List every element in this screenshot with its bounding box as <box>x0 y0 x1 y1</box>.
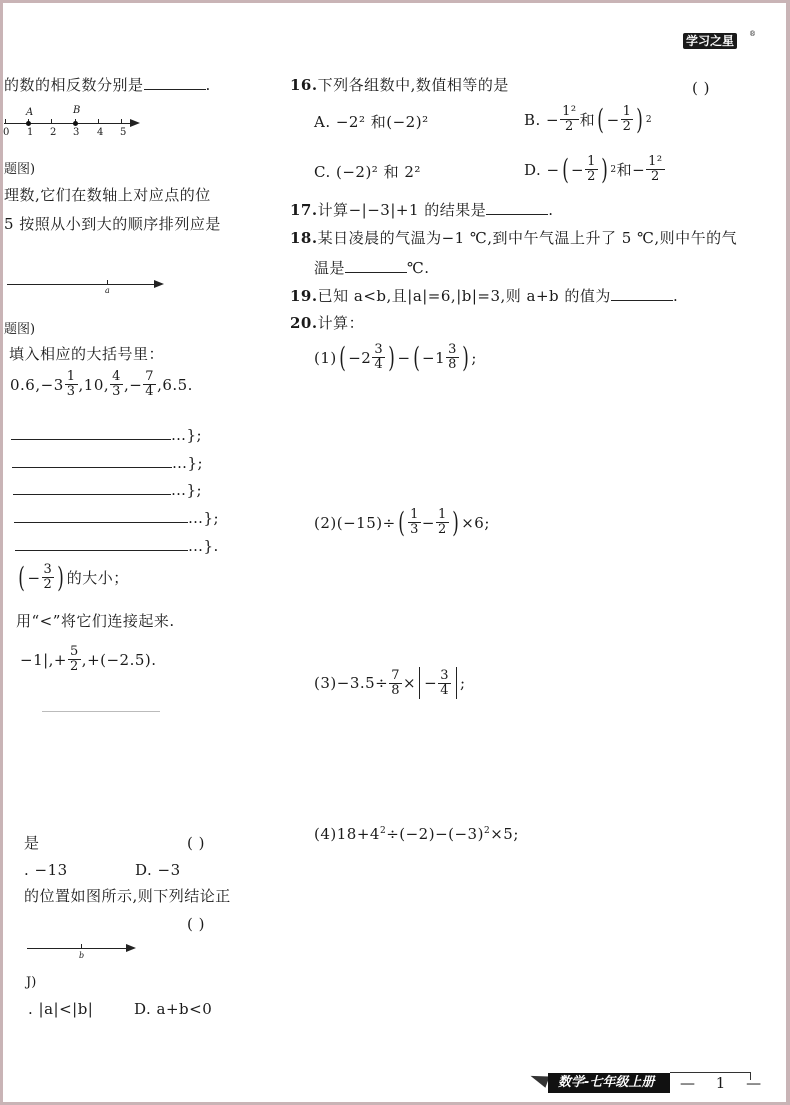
question-fill-numbers: 0.6, −3 13 ,10, 43 ,− 74 ,6.5. <box>10 370 193 399</box>
question-order-line1: 理数,它们在数轴上对应点的位 <box>4 186 211 204</box>
footer-rule <box>670 1072 750 1073</box>
question-20-stem: 20.计算： <box>290 314 364 332</box>
answer-blank-18[interactable] <box>345 258 407 273</box>
figure-caption-3: J) <box>26 975 36 990</box>
fill-blank[interactable] <box>15 536 188 551</box>
fill-blank[interactable] <box>14 508 188 523</box>
fill-row-1: …}; <box>11 425 202 444</box>
page-number: — 1 — <box>680 1074 769 1092</box>
answer-blank-17[interactable] <box>486 200 548 215</box>
question-connect: 用“<”将它们连接起来. <box>16 612 175 630</box>
option-d: D. −3 <box>135 861 181 879</box>
question-19: 19.已知 a<b,且|a|=6,|b|=3,则 a+b 的值为. <box>290 286 678 305</box>
question-compare: (− 32 )的大小； <box>16 563 129 592</box>
fill-blank[interactable] <box>12 453 172 468</box>
question-20-part-1: (1) (−2 34 )− (−1 38 ); <box>314 343 477 372</box>
fill-row-4: …}; <box>14 508 219 527</box>
question-18-line2: 温是℃. <box>314 258 430 277</box>
brand-logo: 学习之星 <box>683 33 737 49</box>
registered-mark: ® <box>749 30 756 38</box>
option-d-2: D. a+b<0 <box>134 1000 212 1018</box>
question-20-part-2: (2) (−15)÷ ( 13 − 12 ) ×6; <box>314 508 490 537</box>
fill-row-2: …}; <box>12 453 203 472</box>
answer-blank-19[interactable] <box>611 286 673 301</box>
answer-bracket-16[interactable]: ( ) <box>692 79 710 97</box>
question-16-option-a: A. −2² 和(−2)² <box>314 113 429 131</box>
question-opposite-numbers: 的数的相反数分别是. <box>4 75 211 94</box>
option-c-2: . |a|<|b| <box>28 1000 93 1018</box>
question-mc1-tail: 是 <box>24 834 40 852</box>
fill-row-5: …}. <box>15 536 219 555</box>
figure-caption-1: 题图) <box>4 158 35 177</box>
answer-bracket-mc1[interactable]: ( ) <box>187 834 205 852</box>
question-17: 17.计算−|−3|+1 的结果是. <box>290 200 554 219</box>
footer-decoration <box>528 1070 549 1087</box>
question-20-part-4: (4)18+42÷(−2)−(−3)2×5; <box>314 822 519 843</box>
question-20-part-3: (3) −3.5÷ 78 × − 34 ; <box>314 667 466 699</box>
figure-caption-2: 题图) <box>4 318 35 337</box>
question-connect-values: −1|,+ 52 ,+(−2.5). <box>20 645 157 674</box>
option-c: . −13 <box>24 861 68 879</box>
point-a <box>26 121 31 126</box>
question-mc2-line1: 的位置如图所示,则下列结论正 <box>24 887 231 905</box>
answer-bracket-mc2[interactable]: ( ) <box>187 915 205 933</box>
question-16-option-c: C. (−2)² 和 2² <box>314 163 421 181</box>
subject-tag: 数学-七年级上册 <box>548 1073 670 1093</box>
answer-line <box>42 711 160 712</box>
question-fill-heading: 填入相应的大括号里： <box>9 345 164 363</box>
fill-blank[interactable] <box>11 425 171 440</box>
fill-blank[interactable] <box>13 480 171 495</box>
point-b <box>73 121 78 126</box>
answer-blank[interactable] <box>144 75 206 90</box>
fill-row-3: …}; <box>13 480 202 499</box>
question-order-line2: 5 按照从小到大的顺序排列应是 <box>4 215 221 233</box>
question-18-line1: 18.某日凌晨的气温为−1 ℃,到中午气温上升了 5 ℃,则中午的气 <box>290 229 737 247</box>
question-16-stem: 16.下列各组数中,数值相等的是 <box>290 76 509 94</box>
question-16-option-b: B. − 1²2 和 (− 12 )2 <box>524 105 652 134</box>
question-16-option-d: D. − (− 12 )2 和− 1²2 <box>524 155 666 184</box>
